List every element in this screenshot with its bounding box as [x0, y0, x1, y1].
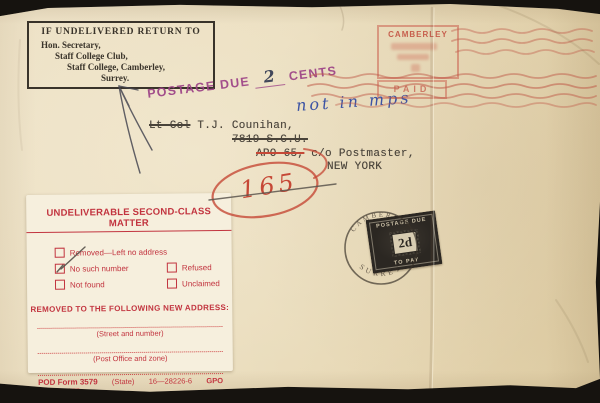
recipient-line-3: APO 65, c/o Postmaster, [256, 148, 415, 160]
return-address-line: Staff College, Camberley, [29, 62, 213, 73]
meter-town-name: CAMBERLEY [379, 30, 457, 39]
pod-checkbox-col2: Unclaimed [167, 275, 220, 292]
meter-value-smudge [411, 64, 420, 72]
red-circled-number: 165 [238, 168, 299, 205]
pod-title-row: UNDELIVERABLE SECOND-CLASS MATTER [26, 206, 231, 233]
meter-town-die: CAMBERLEY [377, 25, 459, 79]
pod-checkbox-row: No such number Refused [55, 259, 232, 277]
recipient-line-1: Lt Col T.J. Counihan, [149, 120, 294, 132]
recipient-apo-struck: APO 65, [256, 148, 304, 160]
checkbox-unclaimed [167, 279, 177, 289]
pod-printer: GPO [206, 376, 223, 385]
checkbox-not-found-label: Not found [70, 280, 105, 289]
pod-3579-label: UNDELIVERABLE SECOND-CLASS MATTER Remove… [26, 193, 233, 373]
checkbox-removed [55, 248, 65, 258]
recipient-city: NEW YORK [327, 161, 382, 173]
recipient-rank-struck: Lt Col [149, 120, 190, 132]
envelope-photo: IF UNDELIVERED RETURN TO Hon. Secretary,… [0, 0, 600, 403]
return-address-line: Staff College Club, [29, 51, 213, 62]
checkbox-no-such-number [55, 264, 65, 274]
stamp-value-panel: 2d [390, 229, 421, 257]
pod-state-caption: (State) [112, 377, 135, 386]
pod-checkbox-row: Removed—Left no address [55, 243, 232, 261]
pod-post-office-caption: (Post Office and zone) [28, 353, 233, 364]
recipient-unit-struck: 7819 S.C.U. [232, 134, 308, 146]
pod-removed-heading: REMOVED TO THE FOLLOWING NEW ADDRESS: [27, 303, 232, 314]
postage-due-text-after: CENTS [288, 64, 338, 84]
checkbox-no-such-number-label: No such number [70, 264, 129, 274]
pod-form-number: POD Form 3579 [38, 377, 98, 387]
checkbox-not-found [55, 280, 65, 290]
return-address-heading: IF UNDELIVERED RETURN TO [29, 27, 213, 37]
meter-date-smudge [391, 43, 437, 50]
pod-print-code: 16—28226-6 [149, 376, 192, 385]
blue-ink-note: not in mps [295, 88, 412, 115]
checkbox-unclaimed-label: Unclaimed [182, 279, 220, 288]
checkbox-refused [167, 263, 177, 273]
pod-label-title: UNDELIVERABLE SECOND-CLASS MATTER [26, 206, 231, 233]
meter-date-smudge [397, 54, 429, 60]
pod-checkbox-row: Not found Unclaimed [55, 275, 232, 293]
checkbox-removed-label: Removed—Left no address [70, 247, 167, 257]
pod-form-id: POD Form 3579 Feb. 1955 [38, 377, 98, 396]
postage-due-amount-manuscript: 2 [253, 65, 285, 89]
checkbox-refused-label: Refused [182, 263, 212, 272]
return-address-line: Hon. Secretary, [29, 40, 213, 51]
recipient-name: T.J. Counihan, [190, 120, 294, 132]
envelope: IF UNDELIVERED RETURN TO Hon. Secretary,… [0, 0, 600, 403]
pod-checkbox-col2: Refused [167, 259, 212, 275]
postage-due-2d-stamp: POSTAGE DUE 2d TO PAY [366, 210, 443, 273]
pod-street-caption: (Street and number) [27, 328, 232, 339]
recipient-line-2: 7819 S.C.U. [232, 134, 308, 146]
recipient-postmaster: c/o Postmaster, [304, 148, 414, 160]
pod-bottom-row: POD Form 3579 Feb. 1955 (State) 16—28226… [38, 373, 223, 396]
pod-form-date: Feb. 1955 [38, 386, 98, 396]
pod-checkbox-group: Removed—Left no address No such number R… [27, 243, 232, 293]
